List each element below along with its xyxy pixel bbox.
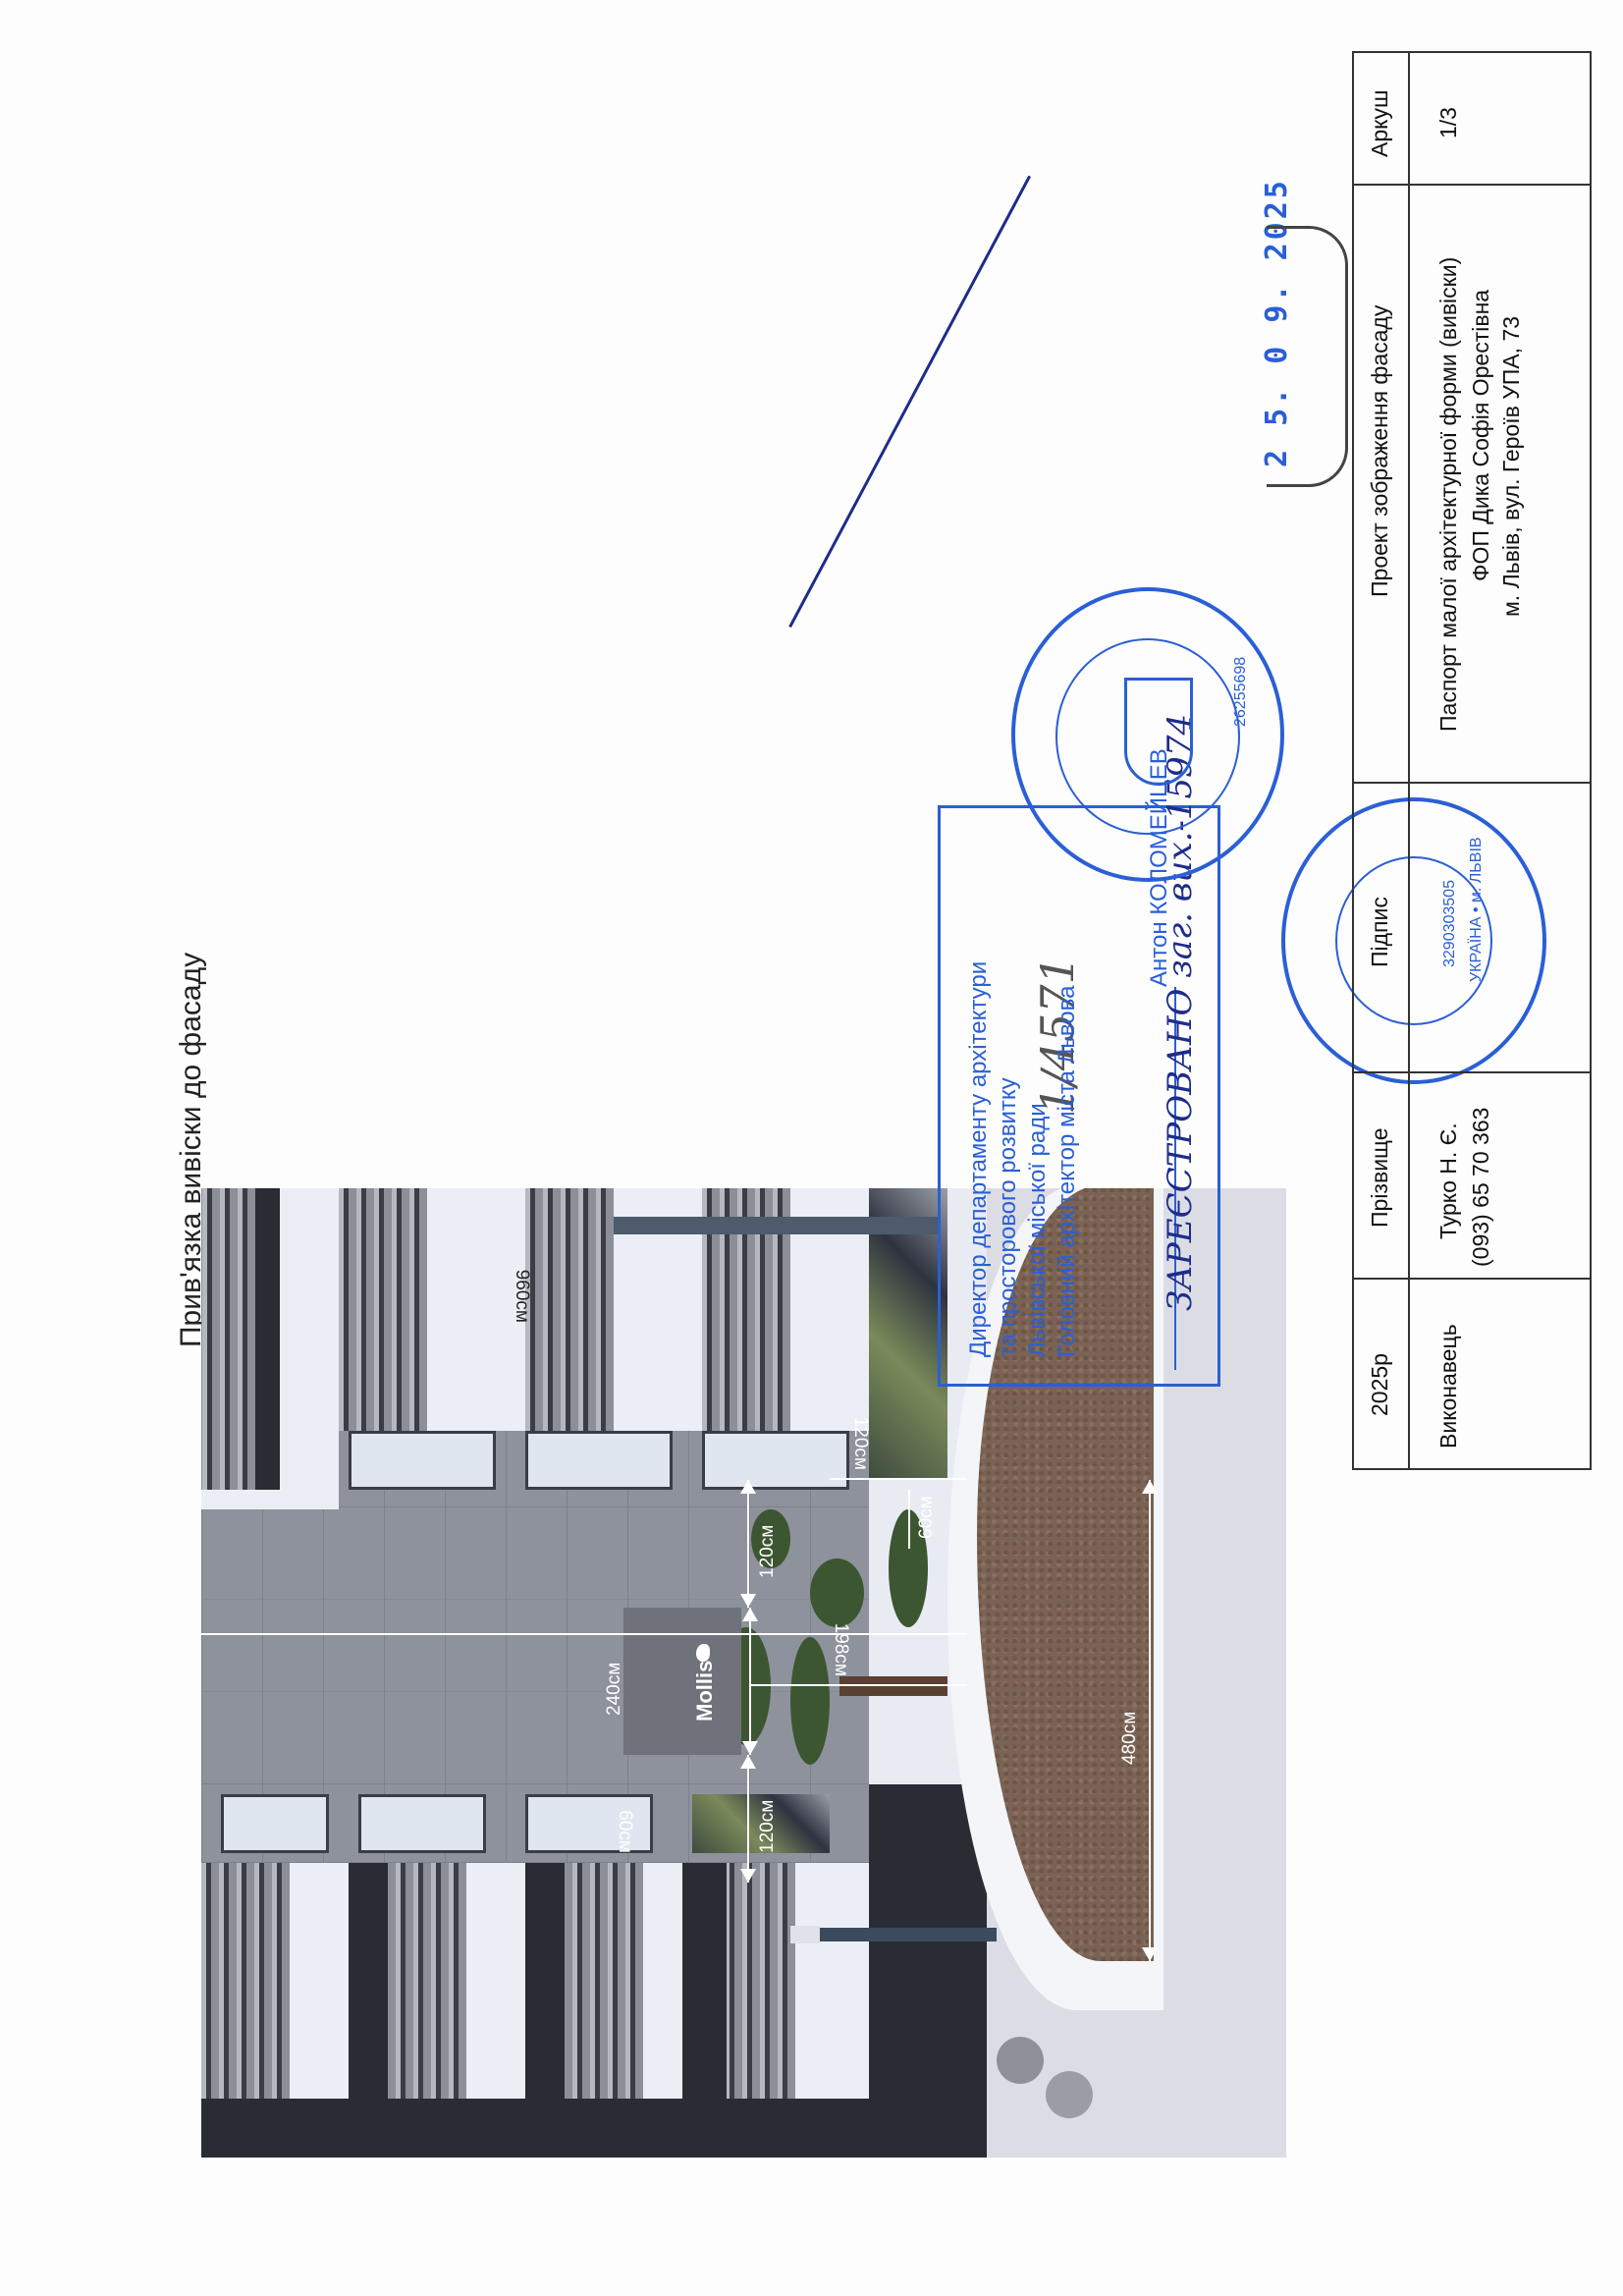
approval-line-1: Директор департаменту архітектури [965, 961, 993, 1357]
surname-header: Прізвище [1367, 1127, 1393, 1228]
role-value: Виконавець [1435, 1324, 1462, 1449]
project-line-3: м. Львів, вул. Героїв УПА, 73 [1498, 316, 1525, 617]
cell-signature-value [1408, 782, 1592, 1073]
contractor-name: Турко Н. Є. [1435, 1122, 1462, 1239]
signature-header: Підпис [1367, 897, 1393, 967]
year-header: 2025р [1367, 1353, 1393, 1416]
director-signature [788, 176, 1031, 629]
project-header: Проект зображення фасаду [1367, 305, 1393, 597]
sheet-header: Аркуш [1367, 90, 1393, 157]
approval-line-2: та просторового розвитку [995, 1077, 1022, 1357]
handwritten-signature [1267, 226, 1348, 487]
dim-sign-height: 60см [614, 1810, 635, 1853]
department-stamp-code: 26255698 [1232, 657, 1250, 727]
dim-ground-offset: 60см [916, 1496, 938, 1539]
project-line-1: Паспорт малої архітектурної форми (вивіс… [1435, 257, 1462, 732]
sign-logo-icon [696, 1644, 710, 1662]
dim-sign-width: 240см [604, 1663, 625, 1716]
dim-tree-width: 120см [849, 1417, 871, 1470]
approval-line-3: Львівської міської ради [1024, 1103, 1052, 1357]
dim-bed-depth: 480см [1119, 1712, 1141, 1765]
approval-line-4: Головний архітектор міста Львова [1054, 986, 1081, 1357]
sign-text: Mollis [692, 1661, 718, 1722]
mollis-sign: Mollis [623, 1608, 741, 1755]
dim-facade-height: 960см [511, 1270, 532, 1323]
dim-sign-above: 120см [757, 1525, 779, 1578]
contractor-phone: (093) 65 70 363 [1468, 1108, 1494, 1267]
coat-of-arms-icon [1124, 678, 1193, 786]
sheet-value: 1/3 [1435, 107, 1462, 138]
project-line-2: ФОП Дика Софія Орестівна [1468, 290, 1494, 581]
dim-sign-to-edge: 198см [830, 1623, 851, 1676]
dim-sign-below: 120см [757, 1800, 779, 1853]
